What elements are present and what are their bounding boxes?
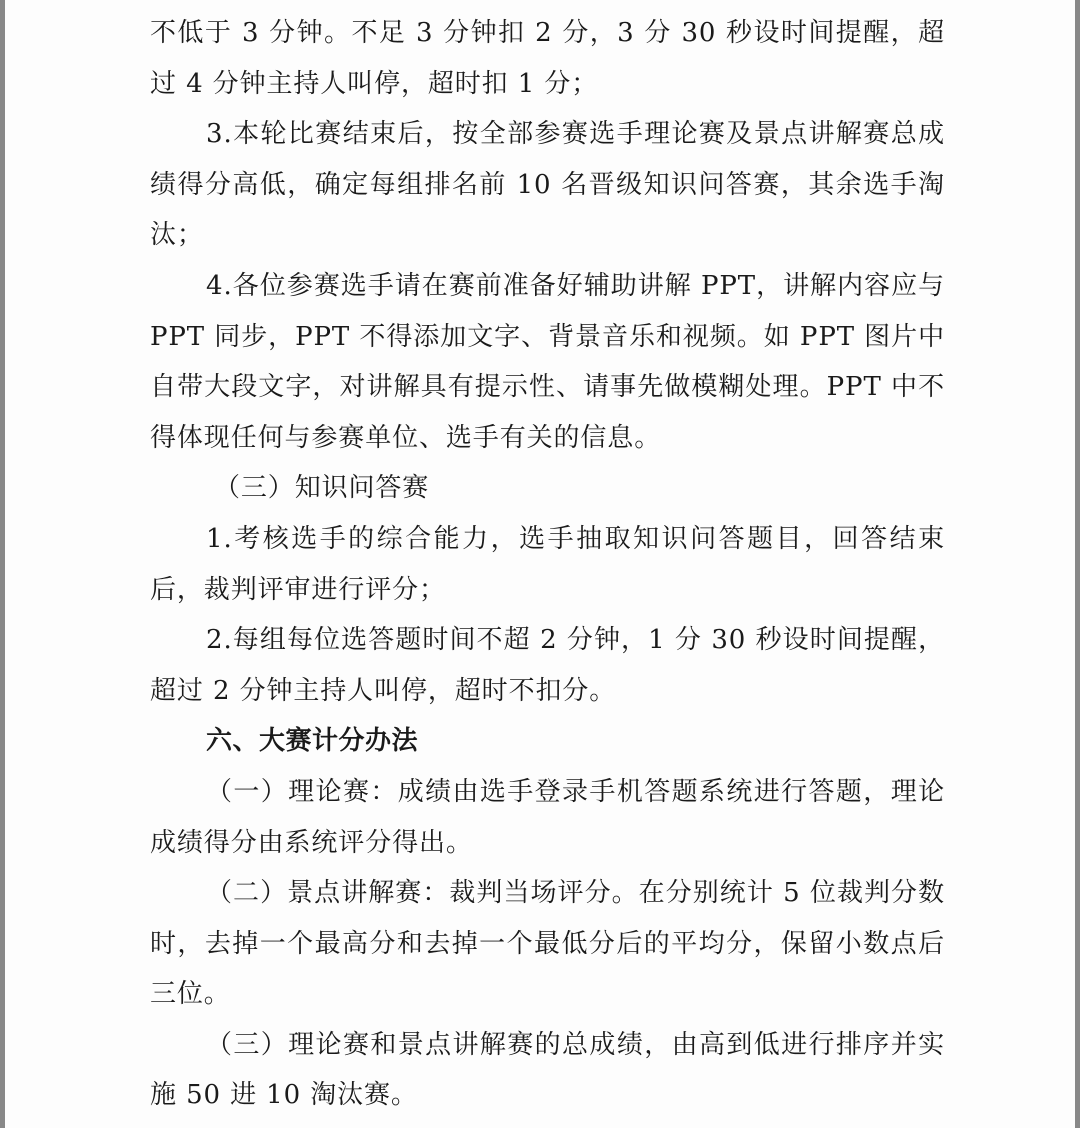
paragraph-quiz-item-2: 2.每组每位选答题时间不超 2 分钟，1 分 30 秒设时间提醒，超过 2 分钟… [150, 615, 945, 716]
paragraph-item-3-ranking: 3.本轮比赛结束后，按全部参赛选手理论赛及景点讲解赛总成绩得分高低，确定每组排名… [150, 109, 945, 261]
subheading-knowledge-quiz: （三）知识问答赛 [150, 463, 945, 514]
paragraph-item-4-ppt: 4.各位参赛选手请在赛前准备好辅助讲解 PPT，讲解内容应与 PPT 同步，PP… [150, 261, 945, 463]
document-viewer: 不低于 3 分钟。不足 3 分钟扣 2 分，3 分 30 秒设时间提醒，超过 4… [0, 0, 1080, 1128]
document-page: 不低于 3 分钟。不足 3 分钟扣 2 分，3 分 30 秒设时间提醒，超过 4… [150, 8, 945, 1121]
paragraph-scoring-theory: （一）理论赛：成绩由选手登录手机答题系统进行答题，理论成绩得分由系统评分得出。 [150, 767, 945, 868]
scrollbar[interactable] [1075, 0, 1080, 1128]
paragraph-scoring-tour-guide: （二）景点讲解赛：裁判当场评分。在分别统计 5 位裁判分数时，去掉一个最高分和去… [150, 868, 945, 1020]
paragraph-scoring-total: （三）理论赛和景点讲解赛的总成绩，由高到低进行排序并实施 50 进 10 淘汰赛… [150, 1020, 945, 1121]
left-edge-bar [0, 0, 5, 1128]
paragraph-continuation: 不低于 3 分钟。不足 3 分钟扣 2 分，3 分 30 秒设时间提醒，超过 4… [150, 8, 945, 109]
heading-scoring-method: 六、大赛计分办法 [150, 716, 945, 767]
paragraph-quiz-item-1: 1.考核选手的综合能力，选手抽取知识问答题目，回答结束后，裁判评审进行评分； [150, 514, 945, 615]
